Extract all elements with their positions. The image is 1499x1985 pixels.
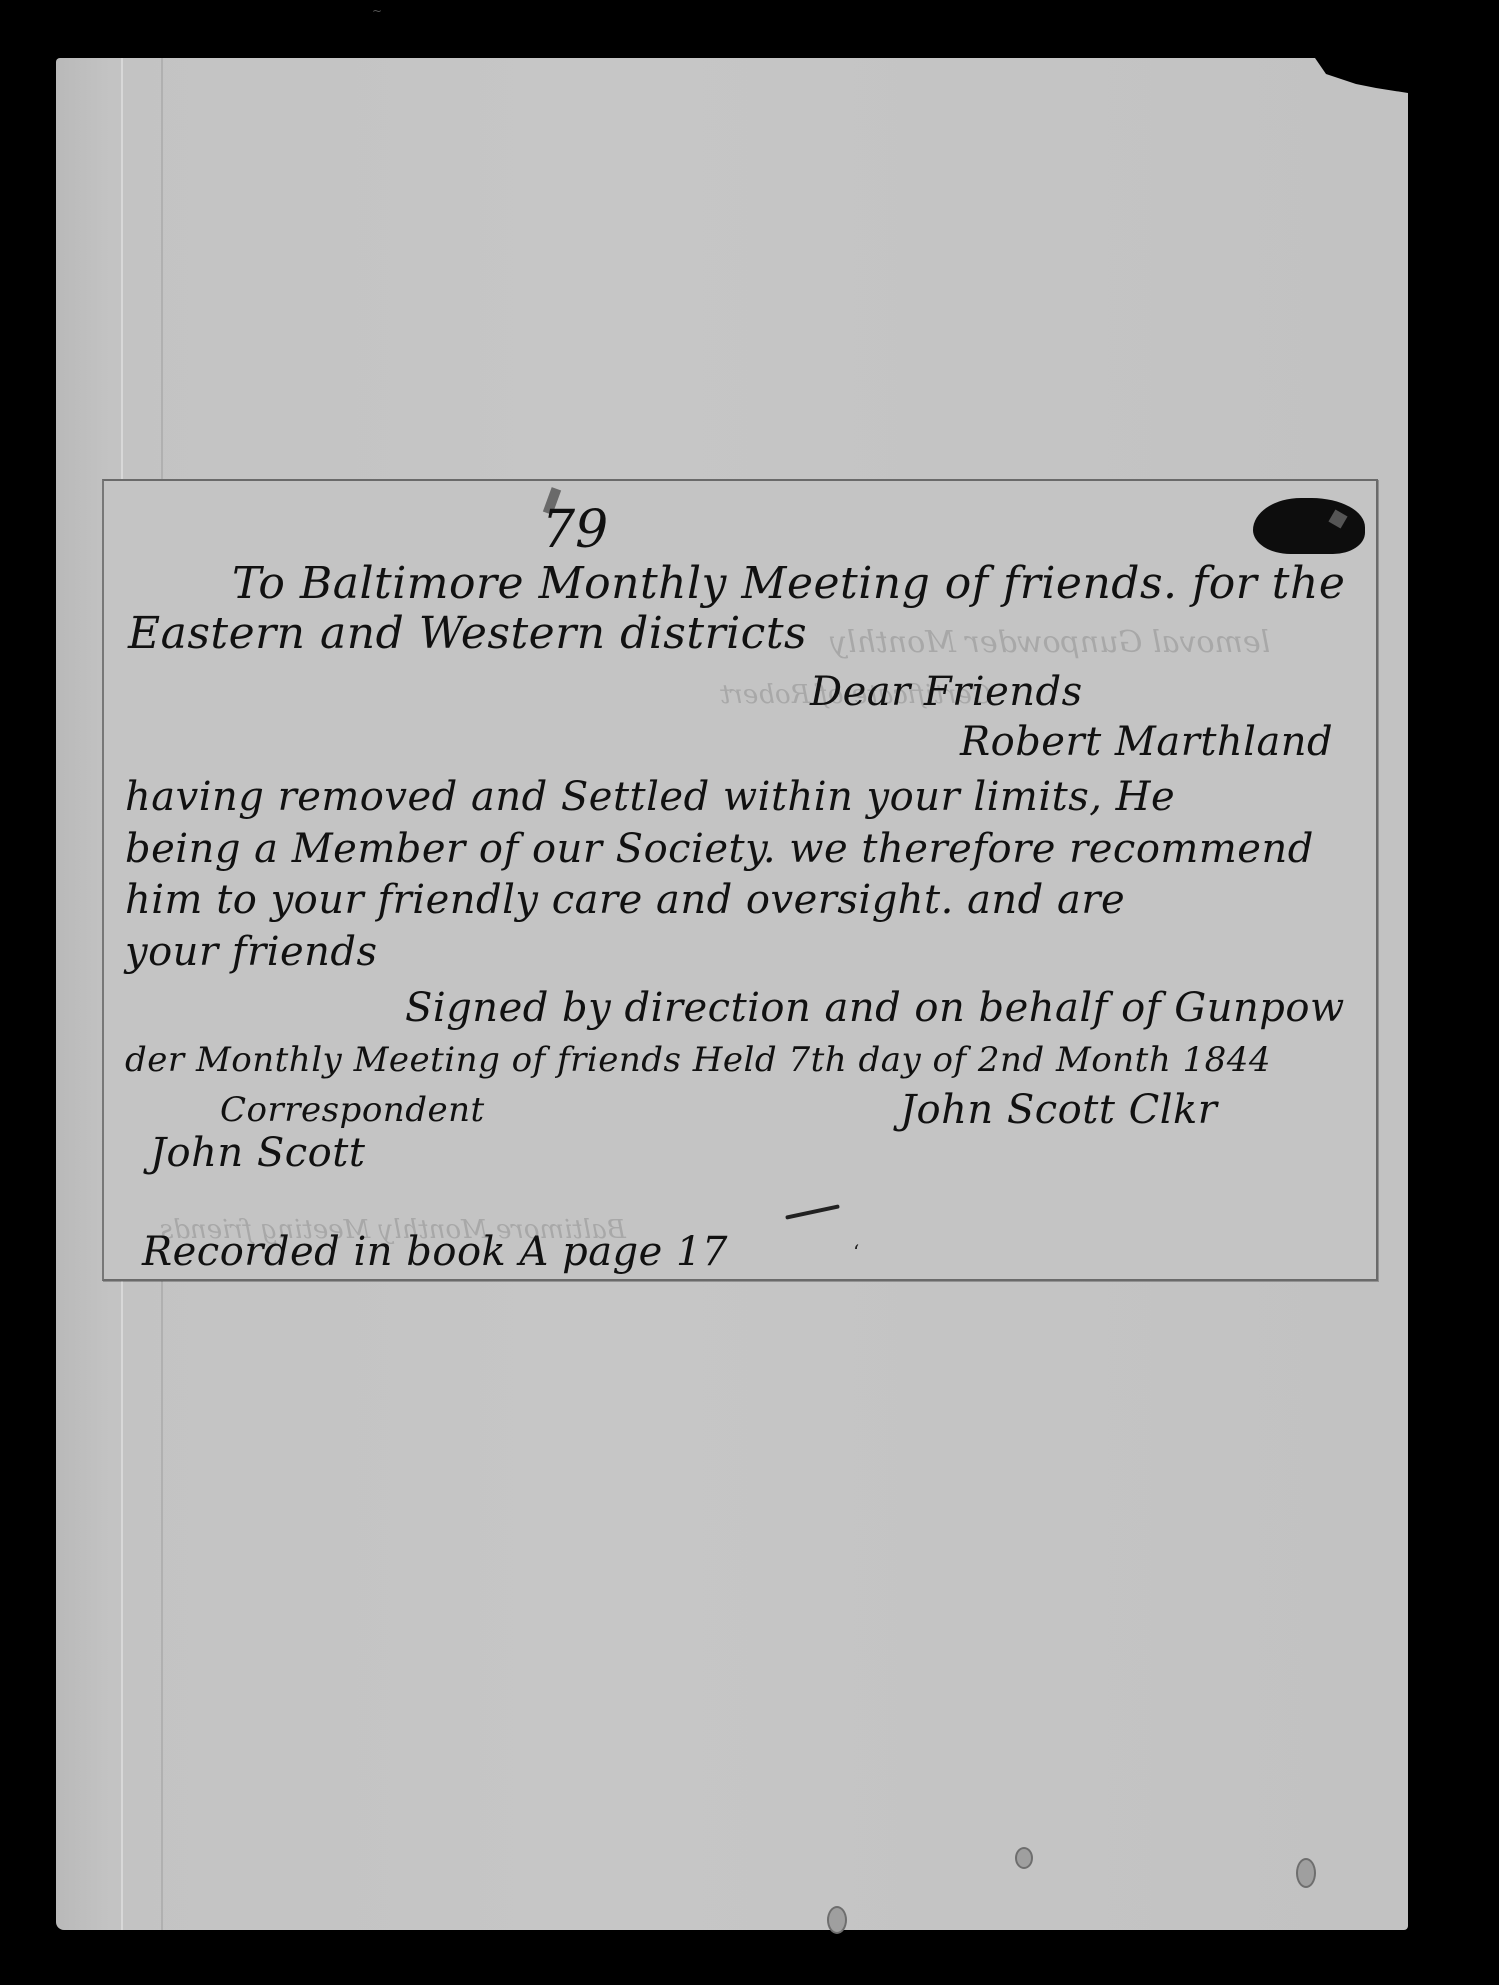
body-line-4: your friends (125, 932, 378, 972)
clerk-signature: John Scott Clkr (900, 1090, 1217, 1130)
correspondent-label: Correspondent (220, 1093, 485, 1127)
address-line-2: Eastern and Western districts (128, 612, 807, 656)
paper-stain (1296, 1858, 1316, 1888)
subject-name: Robert Marthland (960, 722, 1333, 762)
folio-number: 79 (542, 500, 608, 560)
recorded-note: Recorded in book A page 17 (142, 1232, 728, 1272)
body-line-2: being a Member of our Society. we theref… (125, 829, 1314, 869)
paper-stain (827, 1906, 847, 1934)
scan-artifact: ~ (372, 4, 392, 18)
bleed-through-text: lemoval Gunpowder Monthly (830, 625, 1270, 660)
correspondent-name: John Scott (150, 1133, 365, 1173)
paper-stain (1015, 1847, 1033, 1869)
body-line-3: him to your friendly care and oversight.… (125, 880, 1125, 920)
closing-line-2: der Monthly Meeting of friends Held 7th … (125, 1043, 1271, 1077)
closing-line-1: Signed by direction and on behalf of Gun… (405, 988, 1345, 1028)
ink-mark: ʻ (853, 1240, 859, 1264)
wax-seal-remnant (1253, 498, 1365, 554)
address-line-1: To Baltimore Monthly Meeting of friends.… (232, 562, 1345, 606)
body-line-1: having removed and Settled within your l… (125, 777, 1175, 817)
greeting: Dear Friends (810, 672, 1083, 712)
